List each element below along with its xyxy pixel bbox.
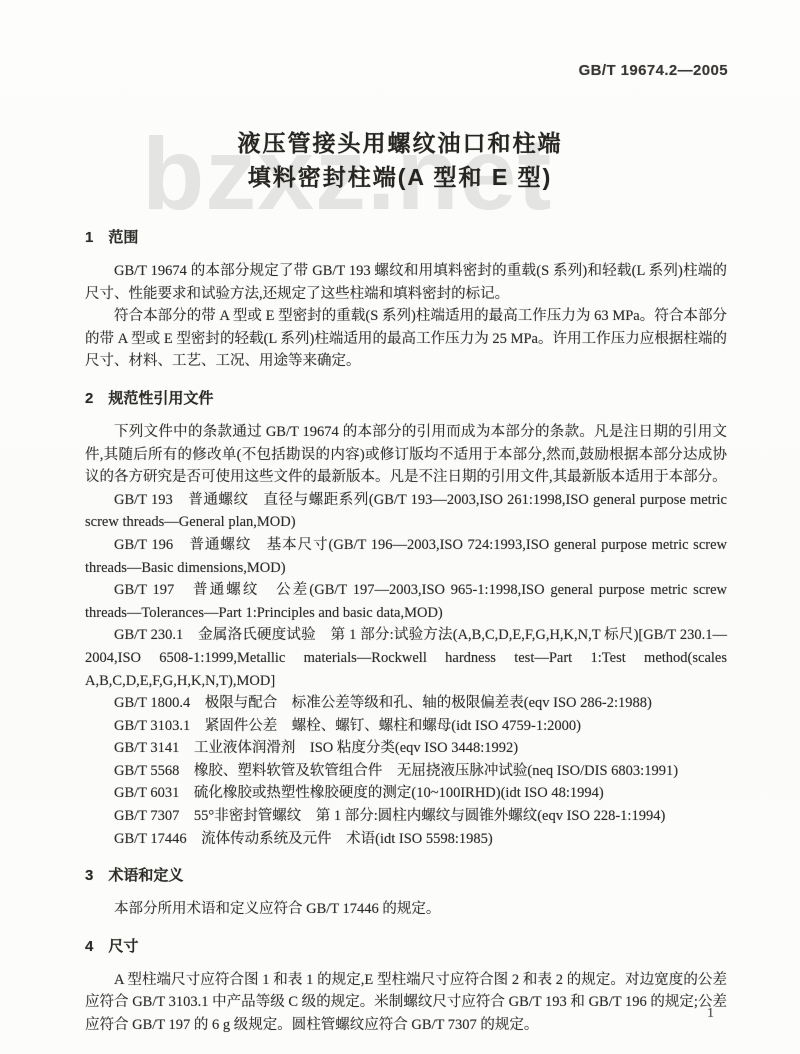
- section-heading: 3 术语和定义: [85, 865, 727, 887]
- reference-entry: GB/T 230.1 金属洛氏硬度试验 第 1 部分:试验方法(A,B,C,D,…: [85, 624, 727, 692]
- paragraph: GB/T 19674 的本部分规定了带 GB/T 193 螺纹和用填料密封的重载…: [85, 260, 727, 305]
- section-normative-references: 2 规范性引用文件 下列文件中的条款通过 GB/T 19674 的本部分的引用而…: [85, 388, 727, 850]
- reference-entry: GB/T 7307 55°非密封管螺纹 第 1 部分:圆柱内螺纹与圆锥外螺纹(e…: [85, 805, 727, 828]
- reference-entry: GB/T 1800.4 极限与配合 标准公差等级和孔、轴的极限偏差表(eqv I…: [85, 692, 727, 715]
- reference-entry: GB/T 197 普通螺纹 公差(GB/T 197—2003,ISO 965-1…: [85, 579, 727, 624]
- paragraph: 符合本部分的带 A 型或 E 型密封的重载(S 系列)柱端适用的最高工作压力为 …: [85, 305, 727, 373]
- paragraph: A 型柱端尺寸应符合图 1 和表 1 的规定,E 型柱端尺寸应符合图 2 和表 …: [85, 969, 727, 1037]
- reference-entry: GB/T 196 普通螺纹 基本尺寸(GB/T 196—2003,ISO 724…: [85, 534, 727, 579]
- document-title-line1: 液压管接头用螺纹油口和柱端: [0, 126, 800, 160]
- reference-entry: GB/T 6031 硫化橡胶或热塑性橡胶硬度的测定(10~100IRHD)(id…: [85, 782, 727, 805]
- reference-entry: GB/T 193 普通螺纹 直径与螺距系列(GB/T 193—2003,ISO …: [85, 489, 727, 534]
- section-heading: 4 尺寸: [85, 936, 727, 958]
- section-scope: 1 范围 GB/T 19674 的本部分规定了带 GB/T 193 螺纹和用填料…: [85, 227, 727, 373]
- scanned-standard-page: bzxz.net GB/T 19674.2—2005 液压管接头用螺纹油口和柱端…: [0, 0, 800, 1054]
- reference-entry: GB/T 3141 工业液体润滑剂 ISO 粘度分类(eqv ISO 3448:…: [85, 737, 727, 760]
- reference-entry: GB/T 3103.1 紧固件公差 螺栓、螺钉、螺柱和螺母(idt ISO 47…: [85, 715, 727, 738]
- reference-entry: GB/T 17446 流体传动系统及元件 术语(idt ISO 5598:198…: [85, 828, 727, 851]
- document-title-line2: 填料密封柱端(A 型和 E 型): [0, 160, 800, 194]
- standard-number: GB/T 19674.2—2005: [579, 62, 728, 79]
- section-heading: 1 范围: [85, 227, 727, 249]
- section-dimensions: 4 尺寸 A 型柱端尺寸应符合图 1 和表 1 的规定,E 型柱端尺寸应符合图 …: [85, 936, 727, 1037]
- section-terms-definitions: 3 术语和定义 本部分所用术语和定义应符合 GB/T 17446 的规定。: [85, 865, 727, 921]
- document-body: 1 范围 GB/T 19674 的本部分规定了带 GB/T 193 螺纹和用填料…: [85, 212, 727, 1037]
- document-title: 液压管接头用螺纹油口和柱端 填料密封柱端(A 型和 E 型): [0, 126, 800, 194]
- paragraph: 下列文件中的条款通过 GB/T 19674 的本部分的引用而成为本部分的条款。凡…: [85, 421, 727, 489]
- section-heading: 2 规范性引用文件: [85, 388, 727, 410]
- paragraph: 本部分所用术语和定义应符合 GB/T 17446 的规定。: [85, 898, 727, 921]
- reference-entry: GB/T 5568 橡胶、塑料软管及软管组合件 无屈挠液压脉冲试验(neq IS…: [85, 760, 727, 783]
